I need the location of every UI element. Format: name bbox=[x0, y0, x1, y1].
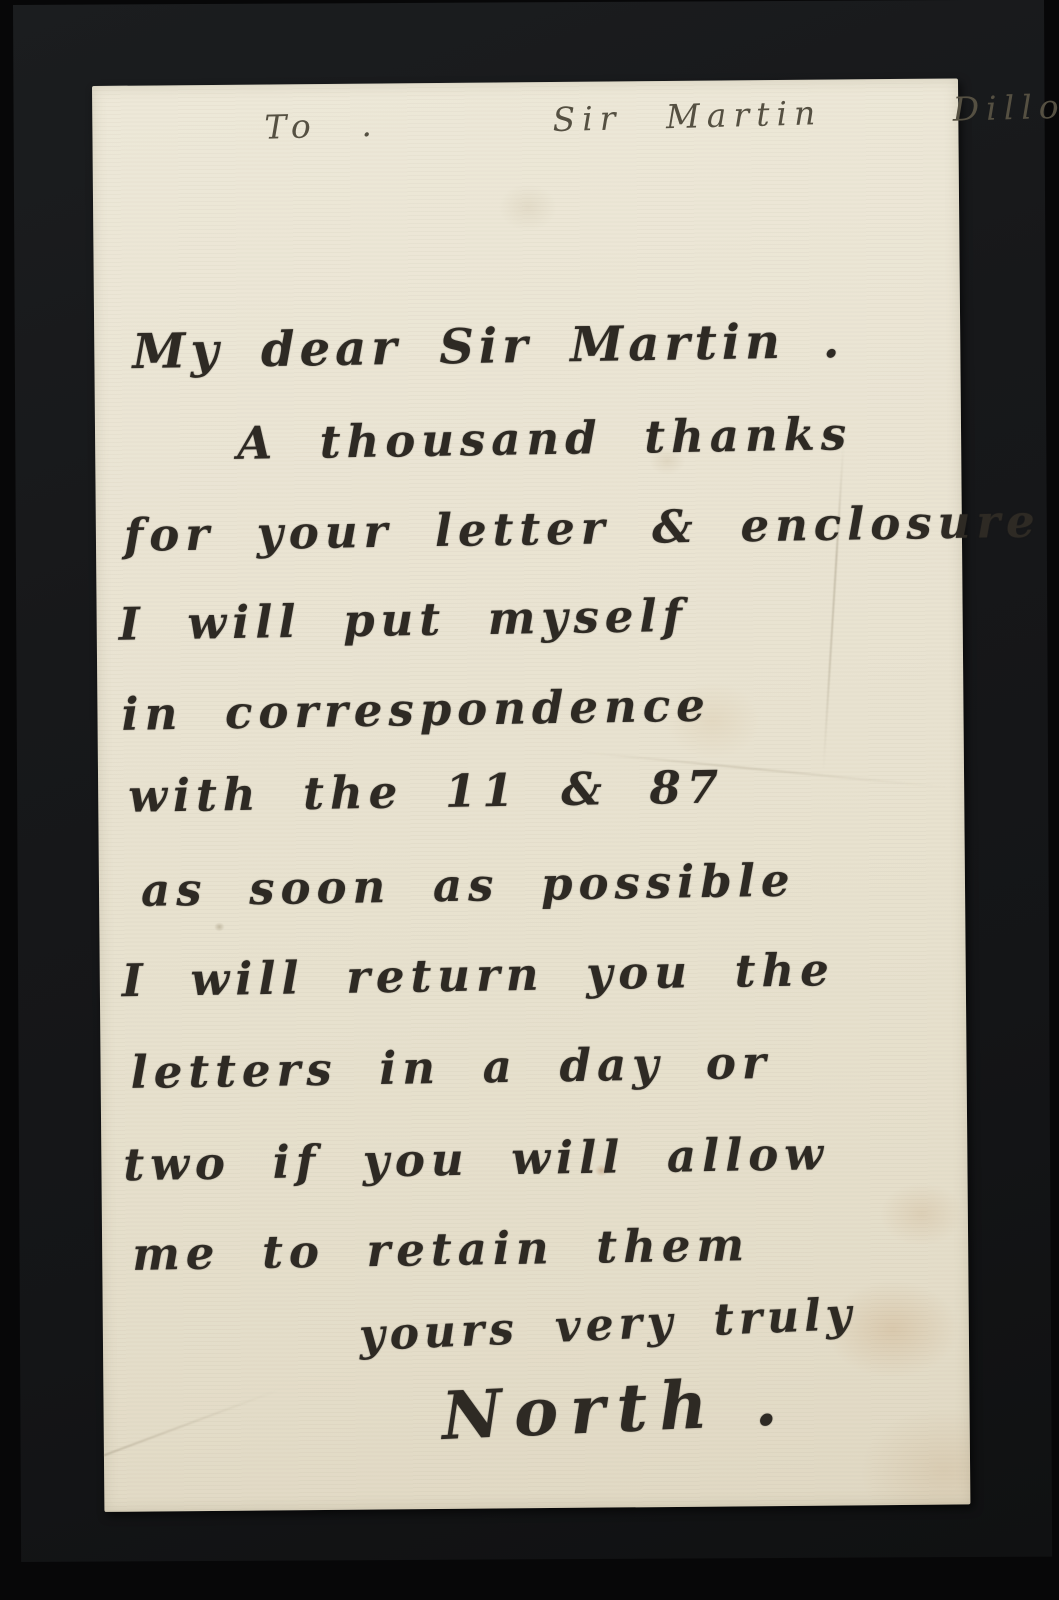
salutation-line: My dear Sir Martin . bbox=[132, 313, 845, 380]
body-line: me to retain them bbox=[132, 1218, 751, 1281]
body-line: with the 11 & 87 bbox=[128, 760, 725, 822]
paper-crease bbox=[822, 440, 844, 770]
body-line: in correspondence bbox=[121, 679, 711, 741]
body-line: letters in a day or bbox=[130, 1036, 772, 1099]
signature: North . bbox=[440, 1362, 791, 1455]
photograph-background: To . Sir Martin Dillon My dear Sir Marti… bbox=[0, 0, 1059, 1600]
body-line: two if you will allow bbox=[123, 1127, 829, 1191]
body-line: A thousand thanks bbox=[237, 407, 853, 470]
paper-crease bbox=[103, 1388, 282, 1456]
closing-line: yours very truly bbox=[358, 1289, 857, 1362]
recipient-annotation: To . Sir Martin Dillon bbox=[264, 86, 1059, 147]
letter-page: To . Sir Martin Dillon My dear Sir Marti… bbox=[92, 78, 970, 1512]
body-line: I will put myself bbox=[118, 589, 688, 651]
body-line: for your letter & enclosure bbox=[124, 495, 1042, 562]
body-line: as soon as possible bbox=[141, 854, 796, 917]
body-line: I will return you the bbox=[121, 943, 835, 1007]
